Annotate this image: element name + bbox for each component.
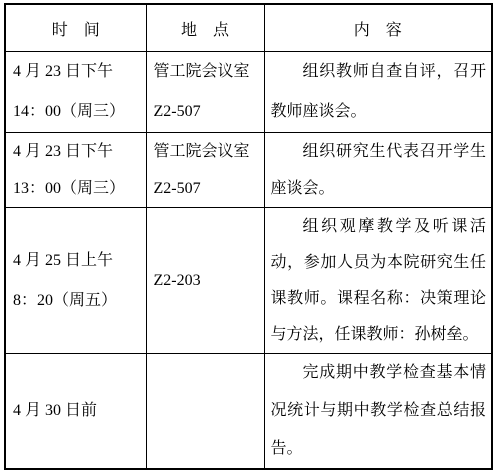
header-content: 内 容 xyxy=(264,4,492,52)
time-text: 4 月 30 日前 xyxy=(13,391,142,431)
time-cell: 4 月 25 日上午 8：20（周五） xyxy=(5,208,146,354)
content-cell: 完成期中教学检查基本情况统计与期中教学检查总结报告。 xyxy=(264,354,492,470)
document-page: 时 间 地 点 内 容 4 月 23 日下午 14：00（周三） 管工院会议室 … xyxy=(0,0,496,472)
content-cell: 组织观摩教学及听课活动，参加人员为本院研究生任课教师。课程名称：决策理论与方法，… xyxy=(264,208,492,354)
time-cell: 4 月 23 日下午 13：00（周三） xyxy=(5,133,146,208)
time-text: 13：00（周三） xyxy=(13,170,142,207)
header-time: 时 间 xyxy=(5,4,146,52)
content-cell: 组织研究生代表召开学生座谈会。 xyxy=(264,133,492,208)
table-row: 4 月 30 日前 完成期中教学检查基本情况统计与期中教学检查总结报告。 xyxy=(5,354,492,470)
time-cell: 4 月 30 日前 xyxy=(5,354,146,470)
location-cell: 管工院会议室 Z2-507 xyxy=(146,52,264,133)
content-text: 组织观摩教学及听课活动，参加人员为本院研究生任课教师。课程名称：决策理论与方法，… xyxy=(265,209,492,353)
time-text: 8：20（周五） xyxy=(13,281,142,321)
header-location: 地 点 xyxy=(146,4,264,52)
table-row: 4 月 23 日下午 14：00（周三） 管工院会议室 Z2-507 组织教师自… xyxy=(5,52,492,133)
time-cell: 4 月 23 日下午 14：00（周三） xyxy=(5,52,146,133)
time-text: 4 月 23 日下午 xyxy=(13,133,142,170)
table-row: 4 月 25 日上午 8：20（周五） Z2-203 组织观摩教学及听课活动，参… xyxy=(5,208,492,354)
time-text: 4 月 25 日上午 xyxy=(13,241,142,281)
table-row: 4 月 23 日下午 13：00（周三） 管工院会议室 Z2-507 组织研究生… xyxy=(5,133,492,208)
schedule-table: 时 间 地 点 内 容 4 月 23 日下午 14：00（周三） 管工院会议室 … xyxy=(4,3,493,470)
location-cell: 管工院会议室 Z2-507 xyxy=(146,133,264,208)
table-header-row: 时 间 地 点 内 容 xyxy=(5,4,492,52)
location-text: 管工院会议室 xyxy=(154,52,260,92)
location-text: Z2-507 xyxy=(154,170,260,207)
location-cell xyxy=(146,354,264,470)
time-text: 14：00（周三） xyxy=(13,92,142,132)
location-text: 管工院会议室 xyxy=(154,133,260,170)
content-text: 组织研究生代表召开学生座谈会。 xyxy=(265,133,492,207)
location-text: Z2-203 xyxy=(154,261,260,301)
location-text: Z2-507 xyxy=(154,92,260,132)
time-text: 4 月 23 日下午 xyxy=(13,52,142,92)
content-text: 组织教师自查自评，召开教师座谈会。 xyxy=(265,52,492,132)
content-text: 完成期中教学检查基本情况统计与期中教学检查总结报告。 xyxy=(265,354,492,468)
content-cell: 组织教师自查自评，召开教师座谈会。 xyxy=(264,52,492,133)
location-cell: Z2-203 xyxy=(146,208,264,354)
